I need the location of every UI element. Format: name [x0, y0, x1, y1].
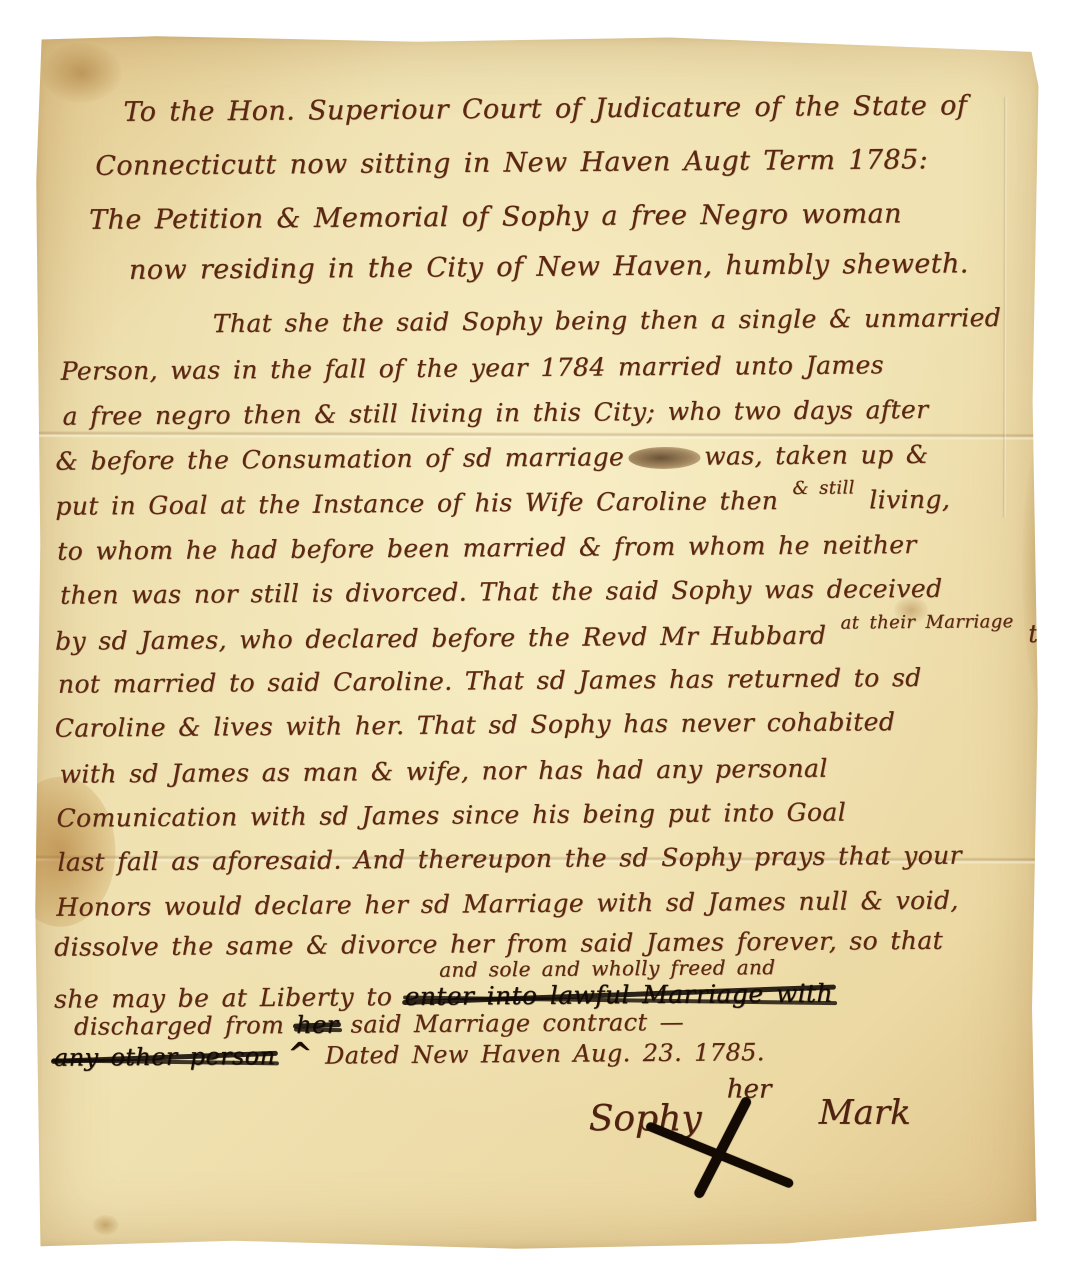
manuscript-line: then was nor still is divorced. That the… [60, 574, 943, 610]
manuscript-line: To the Hon. Superiour Court of Judicatur… [123, 90, 967, 128]
manuscript-line: Honors would declare her sd Marriage wit… [56, 886, 959, 922]
manuscript-line: to whom he had before been married & fro… [57, 530, 917, 566]
line-text: by sd James, who declared before the Rev… [55, 621, 827, 656]
manuscript-line: with sd James as man & wife, nor has had… [60, 754, 828, 789]
line-text: living, [869, 485, 950, 515]
manuscript-line: any other person ^ Dated New Haven Aug. … [54, 1033, 765, 1074]
struck-text: her [296, 1011, 339, 1039]
paper-stain [1022, 437, 1063, 697]
ink-blot [628, 447, 700, 470]
manuscript-line: & before the Consumation of sd marriagew… [55, 440, 928, 476]
interlinear-insertion: at their Marriage [841, 611, 1014, 633]
insertion-caret: ^ [287, 1037, 313, 1072]
manuscript-line: not married to said Caroline. That sd Ja… [58, 663, 922, 699]
struck-text: any other person [54, 1042, 276, 1072]
manuscript-line: Person, was in the fall of the year 1784… [61, 350, 884, 385]
paper-stain [41, 43, 121, 103]
signature-mark-label: Mark [819, 1093, 911, 1133]
fold-crease [35, 431, 1041, 441]
line-text: was, taken up & [704, 440, 929, 471]
manuscript-line: a free negro then & still living in this… [62, 395, 928, 431]
struck-text: enter into lawful Marriage with [404, 979, 833, 1011]
manuscript-line: Connecticutt now sitting in New Haven Au… [95, 144, 928, 182]
line-text: & before the Consumation of sd marriage [55, 442, 624, 475]
interlinear-insertion: & still [792, 477, 854, 498]
manuscript-line: Comunication with sd James since his bei… [56, 798, 846, 833]
manuscript-line: she may be at Liberty to enter into lawf… [54, 979, 833, 1014]
line-text: put in Goal at the Instance of his Wife … [55, 486, 778, 521]
manuscript-line: last fall as aforesaid. And thereupon th… [57, 841, 962, 877]
fold-crease-vertical [1002, 97, 1007, 517]
manuscript-line: Caroline & lives with her. That sd Sophy… [55, 707, 896, 743]
manuscript-line: That she the said Sophy being then a sin… [213, 303, 1002, 338]
scanned-document: To the Hon. Superiour Court of Judicatur… [0, 0, 1077, 1288]
paper-stain [92, 1215, 118, 1235]
manuscript-line: now residing in the City of New Haven, h… [129, 248, 969, 286]
line-text: that he was, [1028, 618, 1077, 648]
manuscript-line: The Petition & Memorial of Sophy a free … [89, 198, 902, 235]
manuscript-line: put in Goal at the Instance of his Wife … [55, 485, 950, 521]
interlinear-insertion-line: and sole and wholly freed and [439, 955, 776, 982]
line-text: Dated New Haven Aug. 23. 1785. [325, 1038, 765, 1069]
manuscript-paper: To the Hon. Superiour Court of Judicatur… [32, 35, 1041, 1252]
line-text: she may be at Liberty to [54, 982, 392, 1014]
manuscript-line: by sd James, who declared before the Rev… [55, 618, 1077, 656]
signature-x-mark [641, 1094, 801, 1209]
